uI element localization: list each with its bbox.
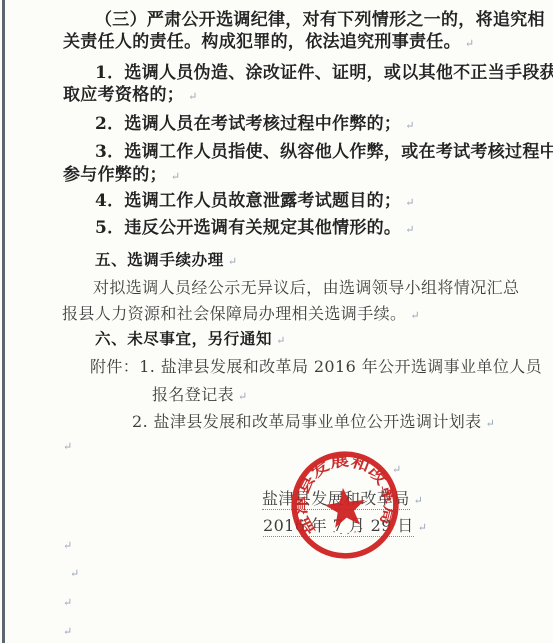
list-item-line: 2．选调人员在考试考核过程中作弊的；↵ [95,113,414,137]
list-item-line: 参与作弊的；↵ [63,164,180,188]
return-mark-icon: ↵ [238,390,247,403]
line-text: （三）严肃公开选调纪律，对有下列情形之一的，将追究相 [95,10,545,30]
official-seal: 盐津县发展和改革局 · · · · · · · · · · [279,439,411,571]
paragraph-line: 关责任人的责任。构成犯罪的，依法追究刑事责任。↵ [63,31,474,55]
line-text: 5．违反公开选调有关规定其他情形的。 [95,218,401,238]
line-text: 2. 盐津县发展和改革局事业单位公开选调计划表 [132,412,482,431]
return-mark-icon: ↵ [63,596,72,609]
return-mark-icon: ↵ [405,119,414,132]
section-heading: 六、未尽事宜，另行通知↵ [95,328,285,352]
return-mark-icon: ↵ [418,521,427,534]
line-text: 报县人力资源和社会保障局办理相关选调手续。 [62,304,406,323]
list-item-line: 1．选调人员伪造、涂改证件、证明，或以其他不正当手段获 [95,62,553,84]
attachment-line: 报名登记表↵ [152,384,247,408]
return-mark-icon: ↵ [465,37,474,50]
return-mark-icon: ↵ [405,196,414,209]
section-heading: 五、选调手续办理↵ [95,249,237,273]
attachment-line: 2. 盐津县发展和改革局事业单位公开选调计划表↵ [132,411,495,435]
page-left-edge [2,0,5,643]
line-text: 附件：1. 盐津县发展和改革局 2016 年公开选调事业单位人员 [90,357,542,376]
line-text: 取应考资格的； [63,85,184,105]
return-mark-icon: ↵ [70,567,79,580]
paragraph-line: 对拟选调人员经公示无异议后，由选调领导小组将情况汇总 [93,277,519,299]
line-text: 对拟选调人员经公示无异议后，由选调领导小组将情况汇总 [93,278,519,297]
return-mark-icon: ↵ [405,223,414,236]
list-item-line: 3．选调工作人员指使、纵容他人作弊，或在考试考核过程中 [95,141,553,163]
line-text: 3．选调工作人员指使、纵容他人作弊，或在考试考核过程中 [95,142,553,162]
attachment-line: 附件：1. 盐津县发展和改革局 2016 年公开选调事业单位人员 [90,356,542,378]
return-mark-icon: ↵ [171,170,180,183]
line-text: 报名登记表 [152,385,234,404]
return-mark-icon: ↵ [410,309,419,322]
list-item-line: 取应考资格的；↵ [63,84,197,108]
return-mark-icon: ↵ [414,494,423,507]
star-icon [323,485,368,528]
return-mark-icon: ↵ [276,334,285,347]
return-mark-icon: ↵ [63,625,72,638]
return-mark-icon: ↵ [63,539,72,552]
paragraph-line: （三）严肃公开选调纪律，对有下列情形之一的，将追究相 [95,9,545,31]
list-item-line: 5．违反公开选调有关规定其他情形的。↵ [95,217,414,241]
return-mark-icon: ↵ [486,417,495,430]
list-item-line: 4．选调工作人员故意泄露考试题目的；↵ [95,190,414,214]
return-mark-icon: ↵ [63,440,72,453]
line-text: 关责任人的责任。构成犯罪的，依法追究刑事责任。 [63,32,461,52]
document-page: （三）严肃公开选调纪律，对有下列情形之一的，将追究相 关责任人的责任。构成犯罪的… [0,0,553,643]
line-text: 1．选调人员伪造、涂改证件、证明，或以其他不正当手段获 [95,63,553,83]
paragraph-line: 报县人力资源和社会保障局办理相关选调手续。↵ [62,303,420,327]
heading-text: 五、选调手续办理 [95,250,224,269]
line-text: 2．选调人员在考试考核过程中作弊的； [95,114,401,134]
return-mark-icon: ↵ [228,255,237,268]
heading-text: 六、未尽事宜，另行通知 [95,329,272,348]
line-text: 4．选调工作人员故意泄露考试题目的； [95,191,401,211]
return-mark-icon: ↵ [188,90,197,103]
line-text: 参与作弊的； [63,165,167,185]
